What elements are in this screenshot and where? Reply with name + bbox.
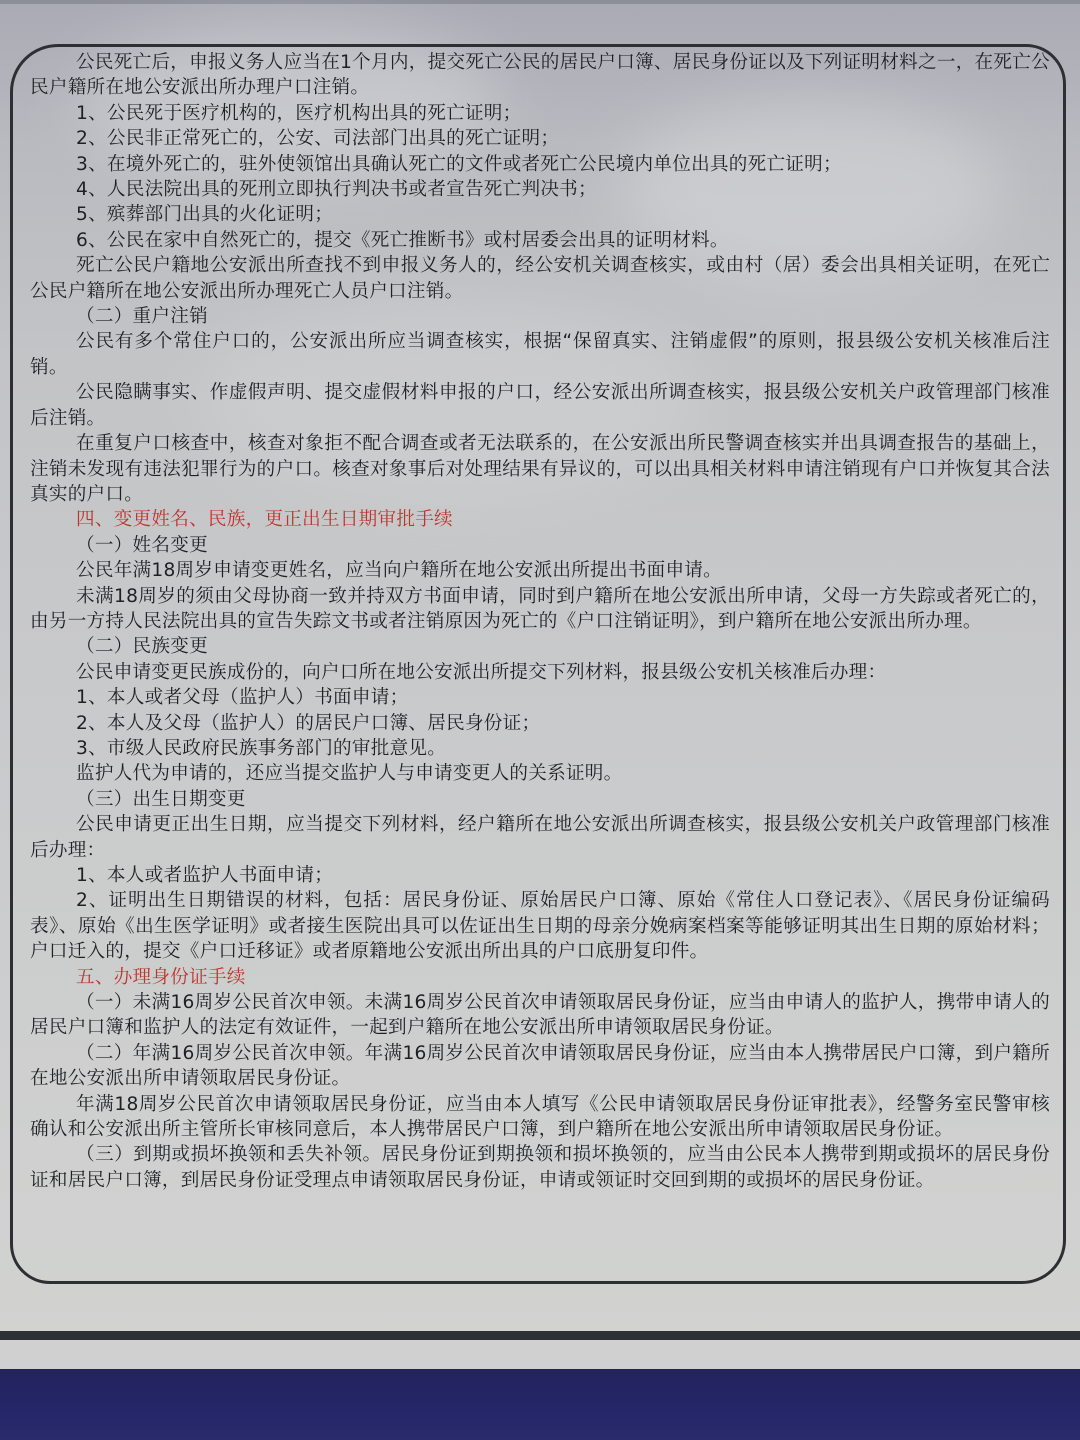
list-item: 1、本人或者父母（监护人）书面申请； xyxy=(30,685,1050,710)
paragraph: 年满18周岁公民首次申请领取居民身份证，应当由本人填写《公民申请领取居民身份证审… xyxy=(30,1092,1050,1143)
paragraph: 监护人代为申请的，还应当提交监护人与申请变更人的关系证明。 xyxy=(30,761,1050,786)
list-item: 3、市级人民政府民族事务部门的审批意见。 xyxy=(30,736,1050,761)
footer-blue-band xyxy=(0,1369,1080,1440)
subheading-ethnicity-change: （二）民族变更 xyxy=(30,634,1050,659)
paragraph: （一）未满16周岁公民首次申领。未满16周岁公民首次申请领取居民身份证，应当由申… xyxy=(30,990,1050,1041)
subheading-name-change: （一）姓名变更 xyxy=(30,533,1050,558)
paragraph: 公民申请变更民族成份的，向户口所在地公安派出所提交下列材料，报县级公安机关核准后… xyxy=(30,660,1050,685)
list-item: 2、公民非正常死亡的，公安、司法部门出具的死亡证明； xyxy=(30,126,1050,151)
paragraph: （三）到期或损坏换领和丢失补领。居民身份证到期换领和损坏换领的，应当由公民本人携… xyxy=(30,1142,1050,1193)
list-item: 5、殡葬部门出具的火化证明； xyxy=(30,202,1050,227)
paragraph: 公民年满18周岁申请变更姓名，应当向户籍所在地公安派出所提出书面申请。 xyxy=(30,558,1050,583)
paragraph: 公民有多个常住户口的，公安派出所应当调查核实，根据“保留真实、注销虚假”的原则，… xyxy=(30,329,1050,380)
top-edge-line xyxy=(0,0,1080,4)
list-item: 1、公民死于医疗机构的，医疗机构出具的死亡证明； xyxy=(30,101,1050,126)
list-item: 2、本人及父母（监护人）的居民户口簿、居民身份证； xyxy=(30,711,1050,736)
footer-divider-line xyxy=(0,1331,1080,1340)
paragraph: 公民隐瞒事实、作虚假声明、提交虚假材料申报的户口，经公安派出所调查核实，报县级公… xyxy=(30,380,1050,431)
paragraph: 公民申请更正出生日期，应当提交下列材料，经户籍所在地公安派出所调查核实，报县级公… xyxy=(30,812,1050,863)
section-heading-name-change: 四、变更姓名、民族，更正出生日期审批手续 xyxy=(30,507,1050,532)
section-heading-id-card: 五、办理身份证手续 xyxy=(30,965,1050,990)
paragraph: 公民死亡后，申报义务人应当在1个月内，提交死亡公民的居民户口簿、居民身份证以及下… xyxy=(30,50,1050,101)
list-item: 2、证明出生日期错误的材料，包括：居民身份证、原始居民户口簿、原始《常住人口登记… xyxy=(30,888,1050,964)
paragraph: 在重复户口核查中，核查对象拒不配合调查或者无法联系的，在公安派出所民警调查核实并… xyxy=(30,431,1050,507)
footer-light-strip xyxy=(0,1340,1080,1369)
list-item: 6、公民在家中自然死亡的，提交《死亡推断书》或村居委会出具的证明材料。 xyxy=(30,228,1050,253)
document-body: 公民死亡后，申报义务人应当在1个月内，提交死亡公民的居民户口簿、居民身份证以及下… xyxy=(30,50,1050,1193)
list-item: 4、人民法院出具的死刑立即执行判决书或者宣告死亡判决书； xyxy=(30,177,1050,202)
paragraph: （二）年满16周岁公民首次申领。年满16周岁公民首次申请领取居民身份证，应当由本… xyxy=(30,1041,1050,1092)
subheading-birthdate-change: （三）出生日期变更 xyxy=(30,787,1050,812)
list-item: 3、在境外死亡的，驻外使领馆出具确认死亡的文件或者死亡公民境内单位出具的死亡证明… xyxy=(30,152,1050,177)
subheading-duplicate-registration: （二）重户注销 xyxy=(30,304,1050,329)
list-item: 1、本人或者监护人书面申请； xyxy=(30,863,1050,888)
paragraph: 未满18周岁的须由父母协商一致并持双方书面申请，同时到户籍所在地公安派出所申请，… xyxy=(30,584,1050,635)
paragraph: 死亡公民户籍地公安派出所查找不到申报义务人的，经公安机关调查核实，或由村（居）委… xyxy=(30,253,1050,304)
